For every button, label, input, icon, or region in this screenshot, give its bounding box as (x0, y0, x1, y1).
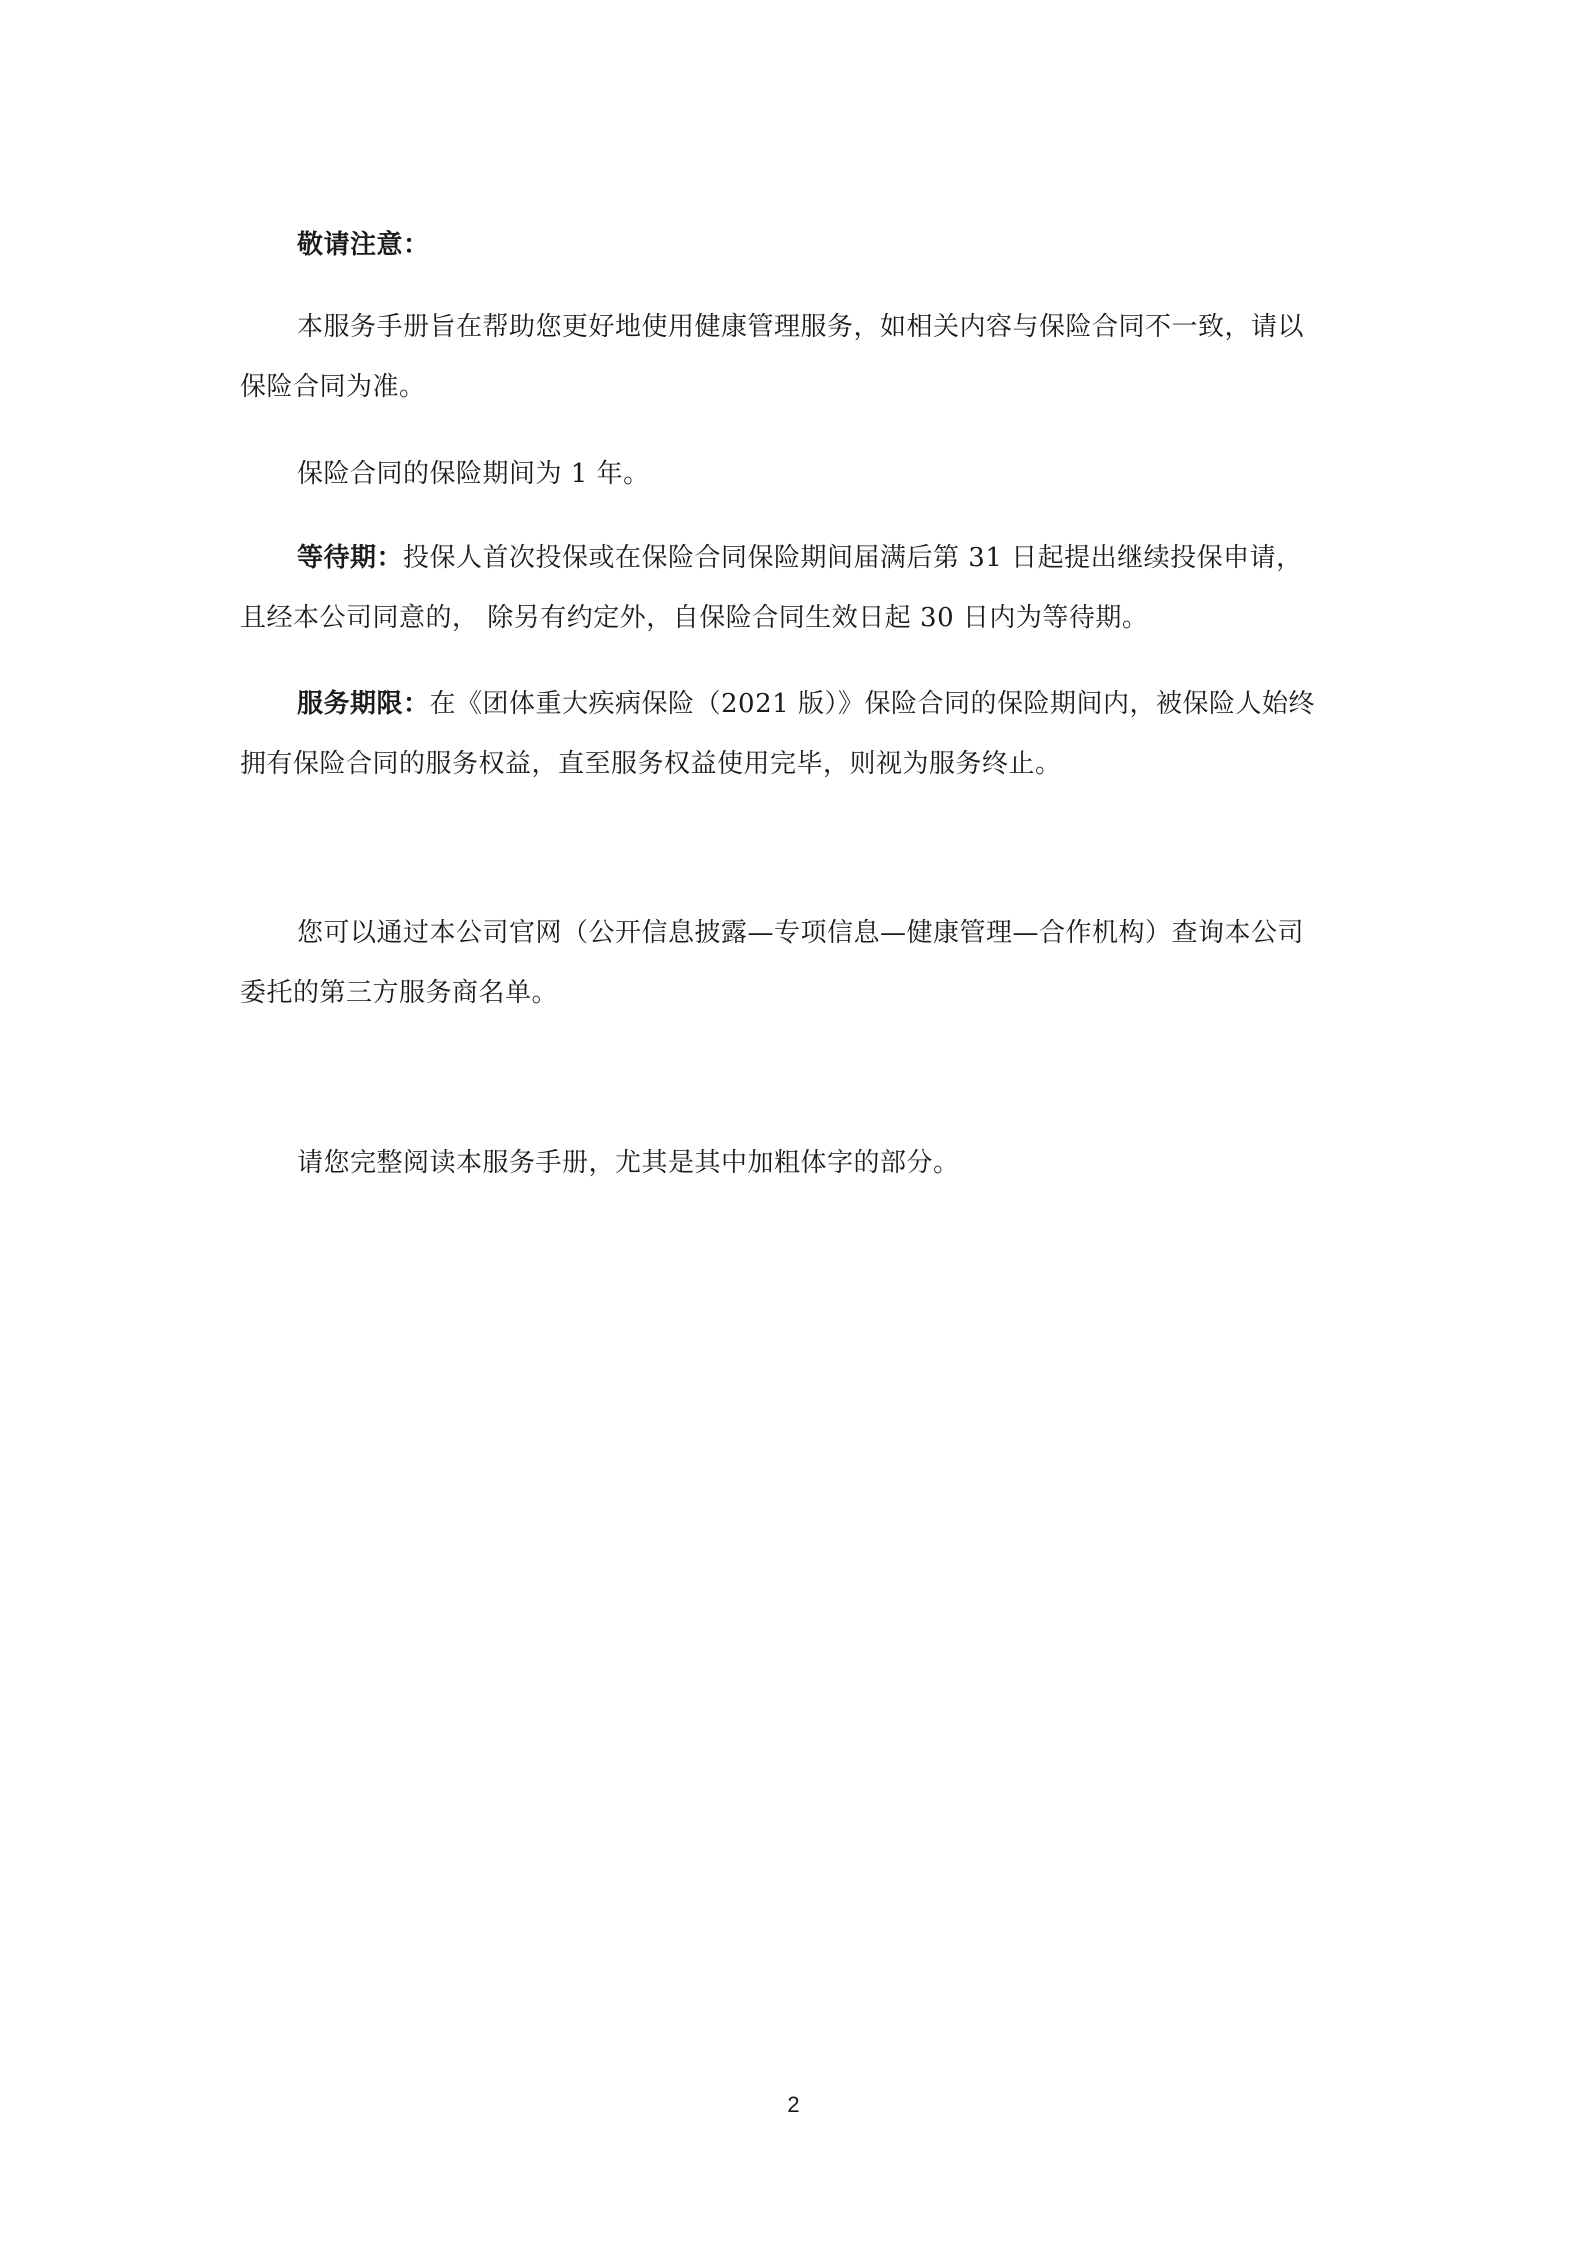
paragraph-1-line-1: 本服务手册旨在帮助您更好地使用健康管理服务，如相关内容与保险合同不一致，请以 (297, 310, 1304, 344)
paragraph-1-line-2: 保险合同为准。 (240, 370, 426, 404)
waiting-period-text: 投保人首次投保或在保险合同保险期间届满后第 31 日起提出继续投保申请， (403, 543, 1303, 573)
waiting-period-label: 等待期： (297, 543, 403, 573)
paragraph-waiting-period-line-2: 且经本公司同意的， 除另有约定外，自保险合同生效日起 30 日内为等待期。 (240, 601, 1148, 635)
paragraph-website-line-2: 委托的第三方服务商名单。 (240, 976, 558, 1010)
paragraph-waiting-period-line-1: 等待期：投保人首次投保或在保险合同保险期间届满后第 31 日起提出继续投保申请， (297, 541, 1303, 575)
notice-heading: 敬请注意： (297, 228, 430, 262)
paragraph-read-notice: 请您完整阅读本服务手册，尤其是其中加粗体字的部分。 (297, 1146, 960, 1180)
service-term-label: 服务期限： (297, 689, 430, 719)
paragraph-website-line-1: 您可以通过本公司官网（公开信息披露—专项信息—健康管理—合作机构）查询本公司 (297, 916, 1304, 950)
paragraph-service-term-line-2: 拥有保险合同的服务权益，直至服务权益使用完毕，则视为服务终止。 (240, 747, 1062, 781)
paragraph-service-term-line-1: 服务期限：在《团体重大疾病保险（2021 版）》保险合同的保险期间内，被保险人始… (297, 687, 1315, 721)
document-page: 敬请注意： 本服务手册旨在帮助您更好地使用健康管理服务，如相关内容与保险合同不一… (0, 0, 1587, 2245)
service-term-text: 在《团体重大疾病保险（2021 版）》保险合同的保险期间内，被保险人始终 (430, 689, 1315, 719)
paragraph-insurance-period: 保险合同的保险期间为 1 年。 (297, 457, 650, 491)
page-number: 2 (0, 2092, 1587, 2118)
